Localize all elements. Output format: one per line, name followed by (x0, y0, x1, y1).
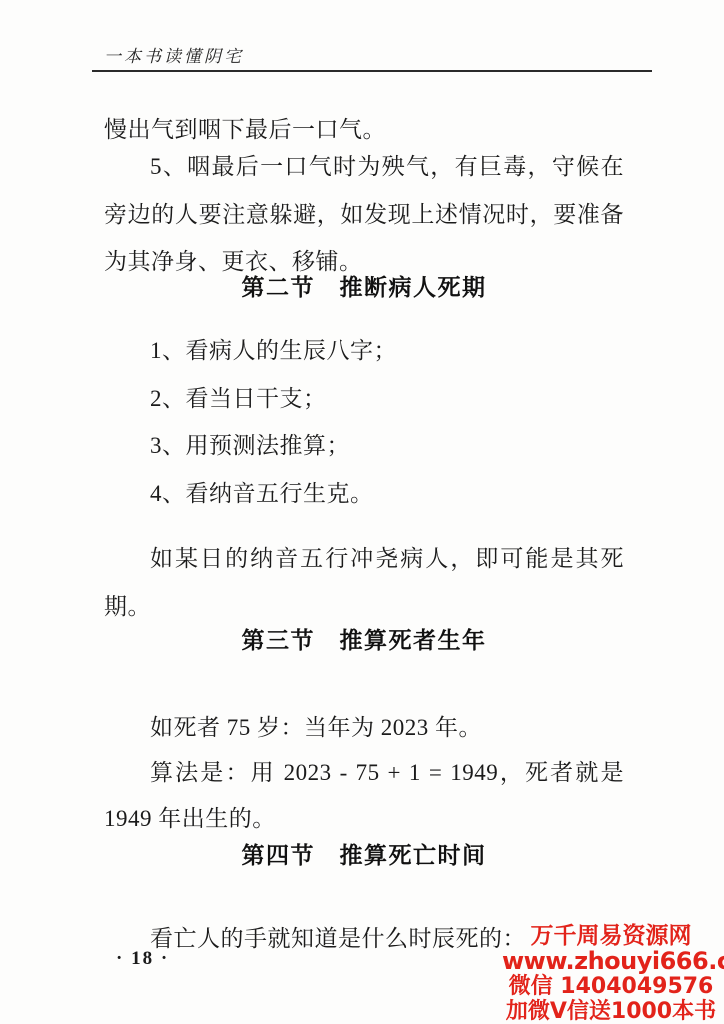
section-2-note-paragraph: 如某日的纳音五行冲尧病人，即可能是其死期。 (104, 535, 624, 630)
section-4-heading: 第四节 推算死亡时间 (104, 840, 624, 870)
list-item-4: 4、看纳音五行生克。 (150, 470, 624, 518)
page-number: · 18 · (116, 948, 169, 970)
section-3-paragraph-2: 算法是：用 2023 - 75 + 1 = 1949，死者就是 1949 年出生… (104, 750, 624, 842)
watermark-promo-line: 加微V信送1000本书 (502, 999, 720, 1024)
list-item-3: 3、用预测法推算； (150, 422, 624, 470)
list-item-1: 1、看病人的生辰八字； (150, 327, 624, 375)
section-3-heading: 第三节 推算死者生年 (104, 625, 624, 655)
list-item-2: 2、看当日干支； (150, 375, 624, 423)
header-divider-rule (92, 70, 652, 72)
watermark-site-url: www.zhouyi666.com (502, 949, 720, 974)
section-2-heading: 第二节 推断病人死期 (104, 272, 624, 302)
book-page: 一本书读懂阴宅 慢出气到咽下最后一口气。 5、咽最后一口气时为殃气，有巨毒，守候… (0, 0, 724, 1024)
watermark-block: 万千周易资源网 www.zhouyi666.com 微信 1404049576 … (502, 924, 720, 1024)
section-3-paragraph-1: 如死者 75 岁：当年为 2023 年。 (104, 705, 624, 751)
watermark-site-name: 万千周易资源网 (502, 924, 720, 949)
paragraph-item-5: 5、咽最后一口气时为殃气，有巨毒，守候在旁边的人要注意躲避，如发现上述情况时，要… (104, 143, 624, 286)
watermark-wechat-id: 微信 1404049576 (502, 974, 720, 999)
section-2-list: 1、看病人的生辰八字； 2、看当日干支； 3、用预测法推算； 4、看纳音五行生克… (150, 327, 624, 517)
running-header-book-title: 一本书读懂阴宅 (104, 42, 624, 67)
